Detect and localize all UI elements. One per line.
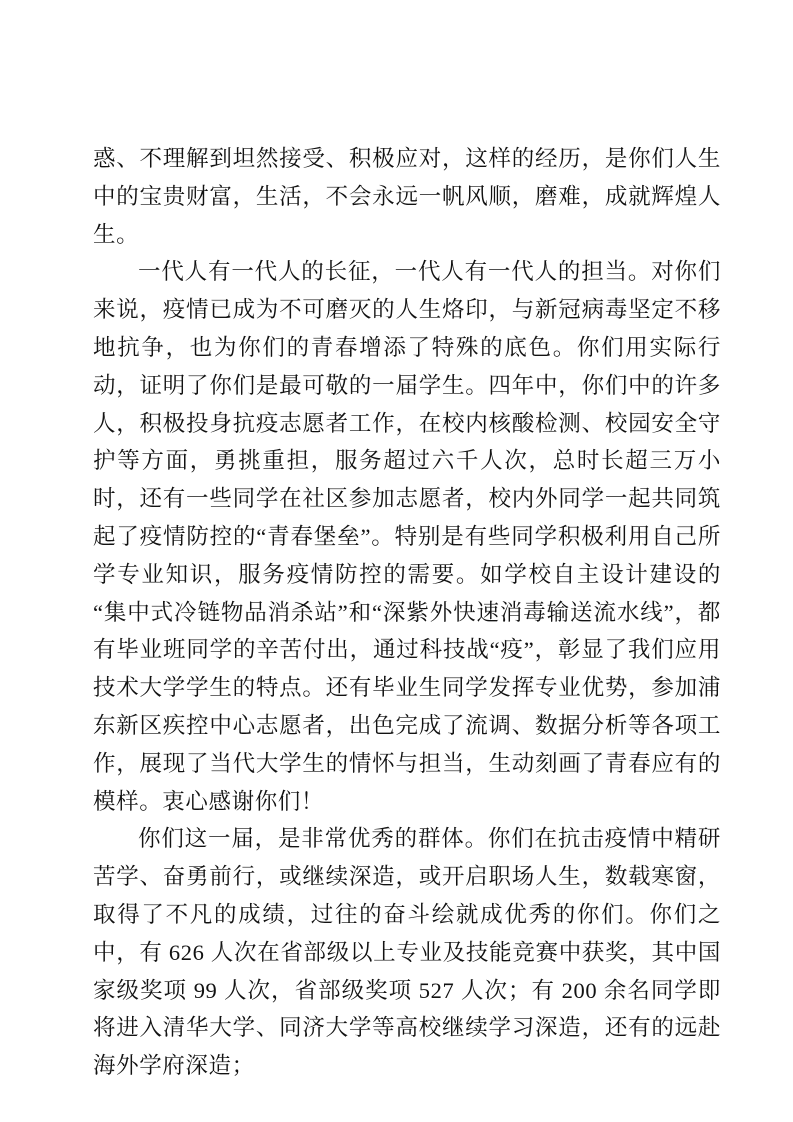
paragraph-outstanding-achievements: 你们这一届，是非常优秀的群体。你们在抗击疫情中精研苦学、奋勇前行，或继续深造，或…: [93, 820, 721, 1085]
paragraph-generation-responsibility: 一代人有一代人的长征，一代人有一代人的担当。对你们来说，疫情已成为不可磨灭的人生…: [93, 253, 721, 820]
document-page: 惑、不理解到坦然接受、积极应对，这样的经历，是你们人生中的宝贵财富，生活，不会永…: [0, 0, 793, 1122]
paragraph-continuation: 惑、不理解到坦然接受、积极应对，这样的经历，是你们人生中的宝贵财富，生活，不会永…: [93, 140, 721, 253]
document-text-block: 惑、不理解到坦然接受、积极应对，这样的经历，是你们人生中的宝贵财富，生活，不会永…: [93, 140, 721, 1085]
